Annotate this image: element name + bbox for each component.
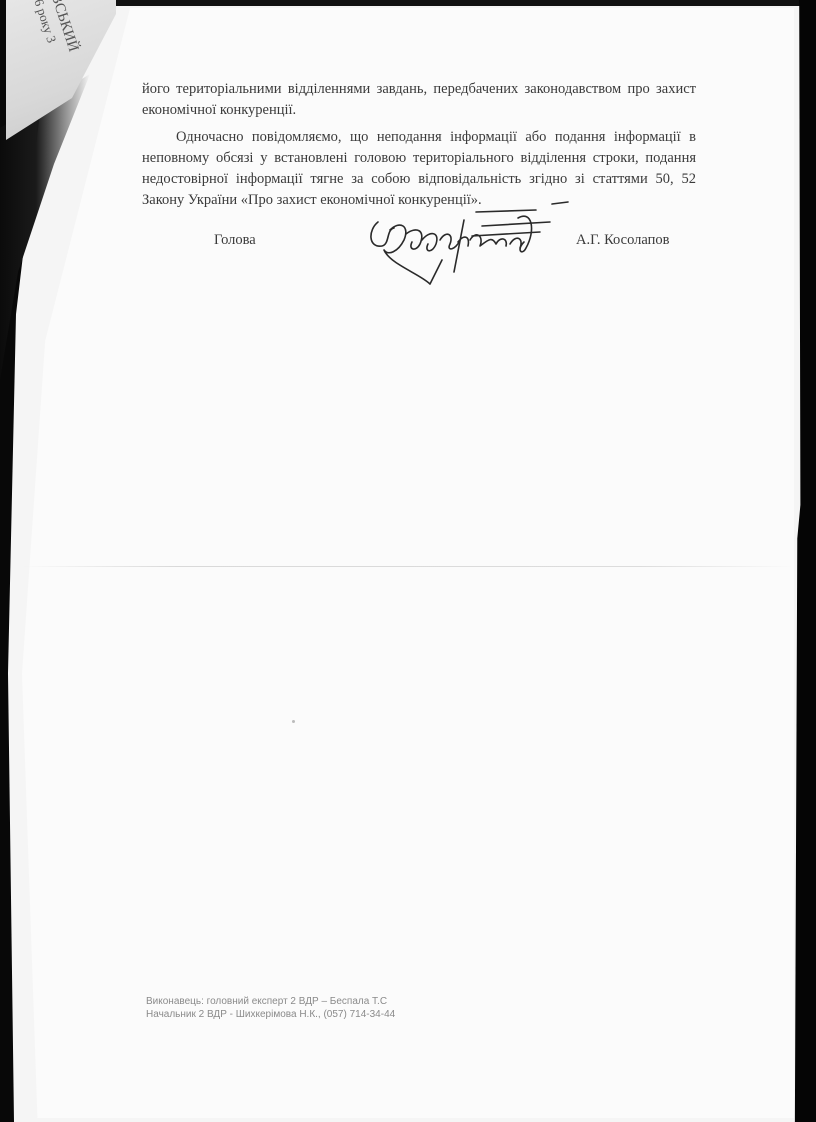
paragraph-continuation: його територіальними відділеннями завдан…: [142, 79, 696, 121]
signer-position: Голова: [214, 232, 256, 249]
page-fold-line: [22, 566, 794, 567]
footer-executor: Виконавець: головний експерт 2 ВДР – Бес…: [146, 995, 395, 1008]
fragment-text: ВСЬКИЙ 6 року 3: [29, 0, 82, 60]
footer-department-head: Начальник 2 ВДР - Шихкерімова Н.К., (057…: [146, 1008, 395, 1021]
scan-speck: [292, 720, 295, 723]
scan-top-edge: [110, 0, 816, 6]
document-footer: Виконавець: головний експерт 2 ВДР – Бес…: [146, 995, 395, 1021]
document-body: його територіальними відділеннями завдан…: [142, 79, 696, 211]
handwritten-signature-icon: [360, 200, 570, 290]
signer-name: А.Г. Косолапов: [576, 232, 670, 249]
paragraph-notice: Одночасно повідомляємо, що неподання інф…: [142, 127, 696, 211]
